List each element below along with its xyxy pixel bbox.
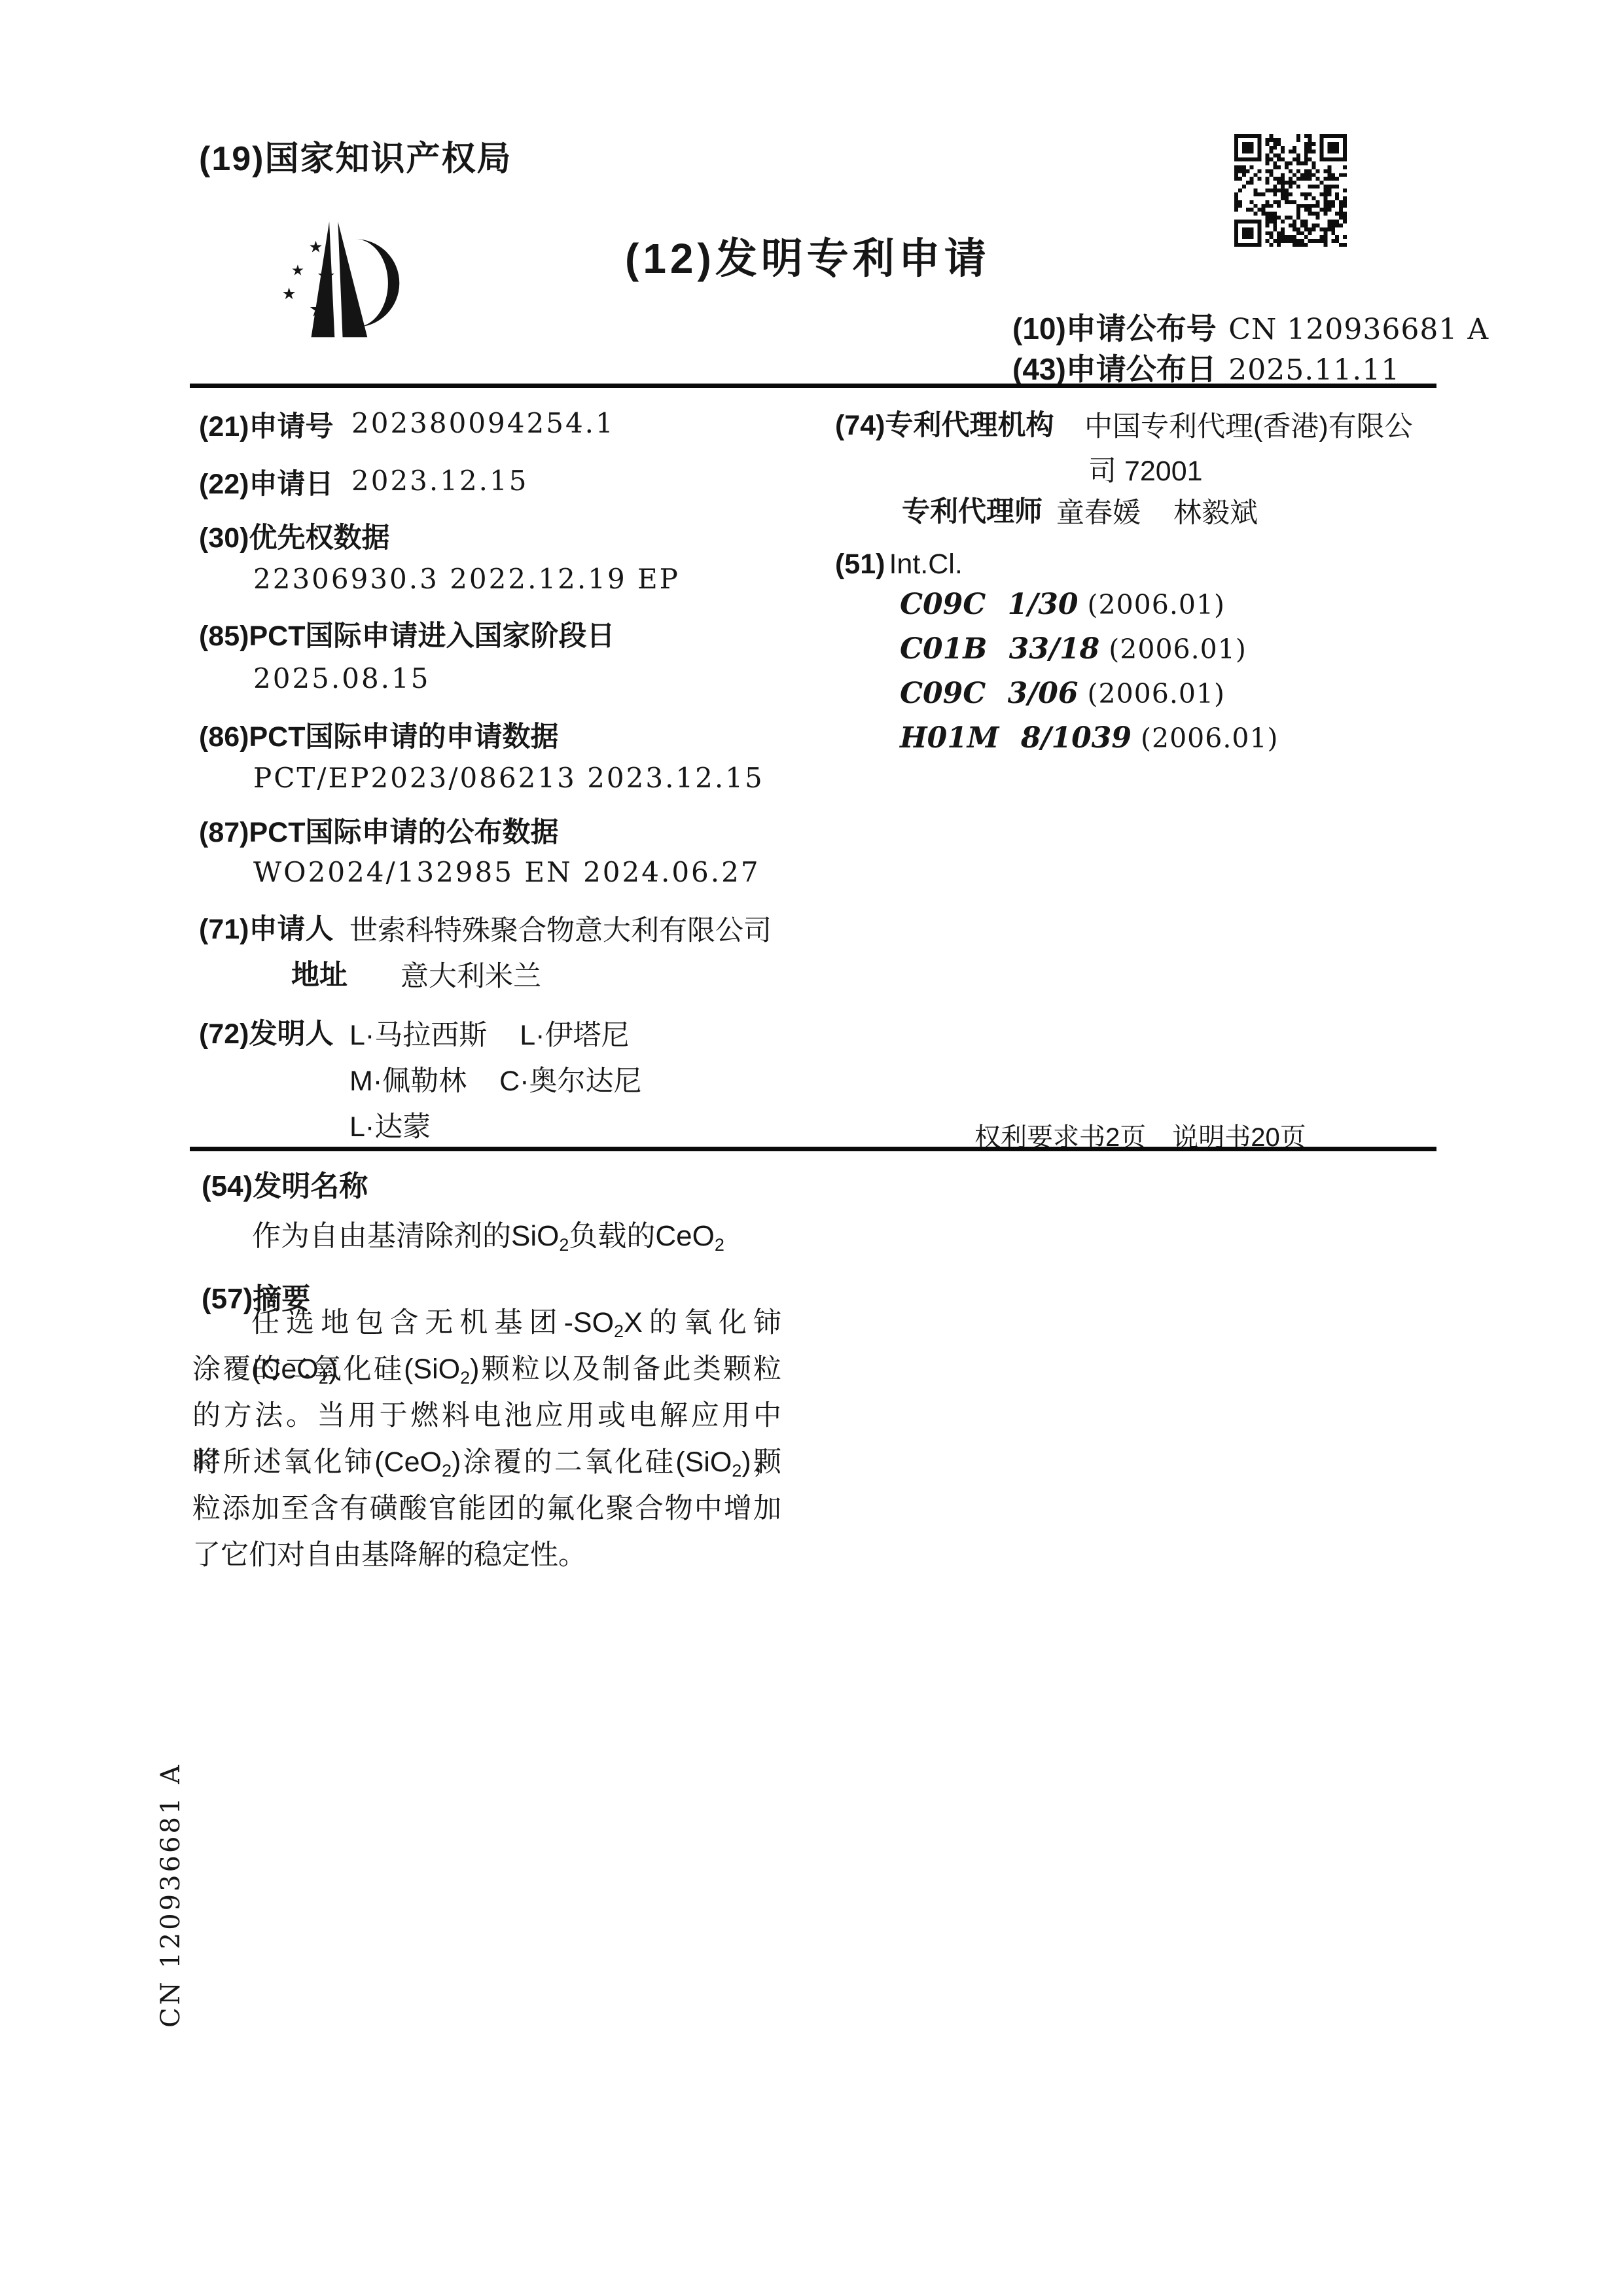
publication-date-value: 2025.11.11 xyxy=(1228,353,1400,387)
ipc-entry: C01B 33/18(2006.01) xyxy=(900,632,1247,666)
inventors-row: L·马拉西斯L·伊塔尼 xyxy=(349,1013,629,1053)
priority-data-value: 22306930.3 2022.12.19 EP xyxy=(253,563,680,595)
pct-application-data-label: (86)PCT国际申请的申请数据 xyxy=(199,715,558,755)
ipc-entry: C09C 1/30(2006.01) xyxy=(900,588,1225,621)
inventor-name: L·达蒙 xyxy=(349,1111,431,1143)
abstract-line: 的方法。当用于燃料电池应用或电解应用中时， xyxy=(192,1393,781,1439)
invention-title-text: 负载的CeO xyxy=(569,1220,714,1252)
abstract-line: 粒添加至含有磺酸官能团的氟化聚合物中增加 xyxy=(192,1486,781,1532)
application-number-label: (21)申请号 xyxy=(199,404,333,444)
ipc-version: (2006.01) xyxy=(1141,723,1279,754)
ipc-entry: H01M 8/1039(2006.01) xyxy=(900,721,1279,755)
abstract-line: 涂覆的二氧化硅(SiO2)颗粒以及制备此类颗粒 xyxy=(192,1346,781,1393)
publication-number-value: CN 120936681 A xyxy=(1228,313,1489,346)
ipc-version: (2006.01) xyxy=(1088,678,1226,709)
application-date-label: (22)申请日 xyxy=(199,462,333,502)
ipc-code: C09C 1/30 xyxy=(900,588,1079,621)
application-date-value: 2023.12.15 xyxy=(351,465,528,497)
priority-data-label: (30)优先权数据 xyxy=(199,516,389,556)
ipc-code: C09C 3/06 xyxy=(900,677,1079,710)
logo-tower-right xyxy=(338,222,367,338)
ipc-entry: C09C 3/06(2006.01) xyxy=(900,677,1225,710)
qr-code xyxy=(1234,134,1347,250)
abstract-line: 任选地包含无机基团-SO2X的氧化铈(CeO2) xyxy=(192,1300,781,1346)
subscript: 2 xyxy=(460,1368,470,1388)
patent-agent-label: 专利代理师 xyxy=(902,490,1043,529)
subscript: 2 xyxy=(732,1461,741,1480)
publication-date-row: (43)申请公布日 2025.11.11 xyxy=(1012,346,1400,389)
logo-star-icon: ★ xyxy=(308,238,323,257)
document-type-title: (12)发明专利申请 xyxy=(625,225,990,285)
logo-star-icon: ★ xyxy=(308,297,327,322)
abstract-text: 了它们对自由基降解的稳定性。 xyxy=(192,1539,586,1571)
vertical-publication-number: CN 120936681 A xyxy=(156,1763,186,2028)
abstract-line: 了它们对自由基降解的稳定性。 xyxy=(192,1532,781,1579)
pct-publication-data-label: (87)PCT国际申请的公布数据 xyxy=(199,810,558,850)
intcl-label-row: (51)Int.Cl. xyxy=(835,548,963,581)
issuing-office: (19)国家知识产权局 xyxy=(199,131,512,180)
logo-star-icon: ★ xyxy=(291,262,304,279)
applicant-address-label: 地址 xyxy=(291,953,348,993)
application-number-value: 202380094254.1 xyxy=(351,407,615,439)
intcl-field-number: (51) xyxy=(835,548,885,580)
patent-agency-value-line1: 中国专利代理(香港)有限公 xyxy=(1084,404,1413,444)
inventors-label: (72)发明人 xyxy=(199,1012,333,1052)
agent-name: 童春媛 xyxy=(1056,497,1141,529)
pct-publication-data-value: WO2024/132985 EN 2024.06.27 xyxy=(253,856,760,888)
inventors-row: M·佩勒林C·奥尔达尼 xyxy=(349,1059,642,1099)
abstract-text: 粒添加至含有磺酸官能团的氟化聚合物中增加 xyxy=(192,1493,781,1524)
intcl-label: Int.Cl. xyxy=(889,548,962,580)
subscript: 2 xyxy=(715,1235,724,1255)
patent-front-page: (19)国家知识产权局 ★ ★ ★ ★ ★ (12)发明专利申请 (10)申请公 xyxy=(0,0,1623,2296)
inventor-name: L·伊塔尼 xyxy=(520,1020,629,1051)
abstract-text: 将所述氧化铈(CeO xyxy=(192,1446,442,1478)
abstract-text: 涂覆的二氧化硅(SiO xyxy=(192,1354,460,1385)
abstract-text: )颗 xyxy=(741,1446,781,1478)
logo-star-icon: ★ xyxy=(317,264,336,289)
pct-national-entry-value: 2025.08.15 xyxy=(253,662,430,694)
publication-number-label: (10)申请公布号 xyxy=(1012,312,1217,346)
applicant-label: (71)申请人 xyxy=(199,907,333,947)
section-divider xyxy=(190,1147,1436,1151)
agent-name: 林毅斌 xyxy=(1173,497,1258,529)
ipc-version: (2006.01) xyxy=(1109,634,1247,665)
patent-agency-label: (74)专利代理机构 xyxy=(835,403,1054,443)
abstract-text: 任选地包含无机基团-SO xyxy=(251,1307,614,1338)
patent-agent-names: 童春媛林毅斌 xyxy=(1056,491,1258,531)
abstract-text: )颗粒以及制备此类颗粒 xyxy=(470,1354,781,1385)
invention-title-label: (54)发明名称 xyxy=(202,1162,368,1204)
ipc-version: (2006.01) xyxy=(1088,589,1226,620)
pct-national-entry-label: (85)PCT国际申请进入国家阶段日 xyxy=(199,614,615,654)
cnipa-logo: ★ ★ ★ ★ ★ xyxy=(262,215,422,349)
subscript: 2 xyxy=(442,1461,452,1480)
applicant-address-value: 意大利米兰 xyxy=(401,954,541,994)
pct-application-data-value: PCT/EP2023/086213 2023.12.15 xyxy=(253,762,764,794)
abstract-line: 将所述氧化铈(CeO2)涂覆的二氧化硅(SiO2)颗 xyxy=(192,1439,781,1486)
inventors-row: L·达蒙 xyxy=(349,1105,431,1145)
inventor-name: L·马拉西斯 xyxy=(349,1020,487,1051)
applicant-value: 世索科特殊聚合物意大利有限公司 xyxy=(349,908,772,948)
publication-date-label: (43)申请公布日 xyxy=(1012,352,1217,386)
header-divider xyxy=(190,384,1436,388)
ipc-code: H01M 8/1039 xyxy=(900,721,1132,755)
logo-p-bowl xyxy=(355,239,399,327)
invention-title-text: 作为自由基清除剂的SiO xyxy=(252,1220,559,1252)
abstract-text: )涂覆的二氧化硅(SiO xyxy=(452,1446,732,1478)
invention-title: 作为自由基清除剂的SiO2负载的CeO2 xyxy=(252,1212,724,1254)
logo-star-icon: ★ xyxy=(282,284,296,303)
ipc-code: C01B 33/18 xyxy=(900,632,1099,666)
publication-number-row: (10)申请公布号 CN 120936681 A xyxy=(1012,305,1489,348)
patent-agency-value-line2: 司 72001 xyxy=(1088,449,1203,489)
inventor-name: C·奥尔达尼 xyxy=(499,1066,641,1097)
subscript: 2 xyxy=(614,1321,624,1341)
subscript: 2 xyxy=(559,1235,569,1255)
inventor-name: M·佩勒林 xyxy=(349,1066,467,1097)
